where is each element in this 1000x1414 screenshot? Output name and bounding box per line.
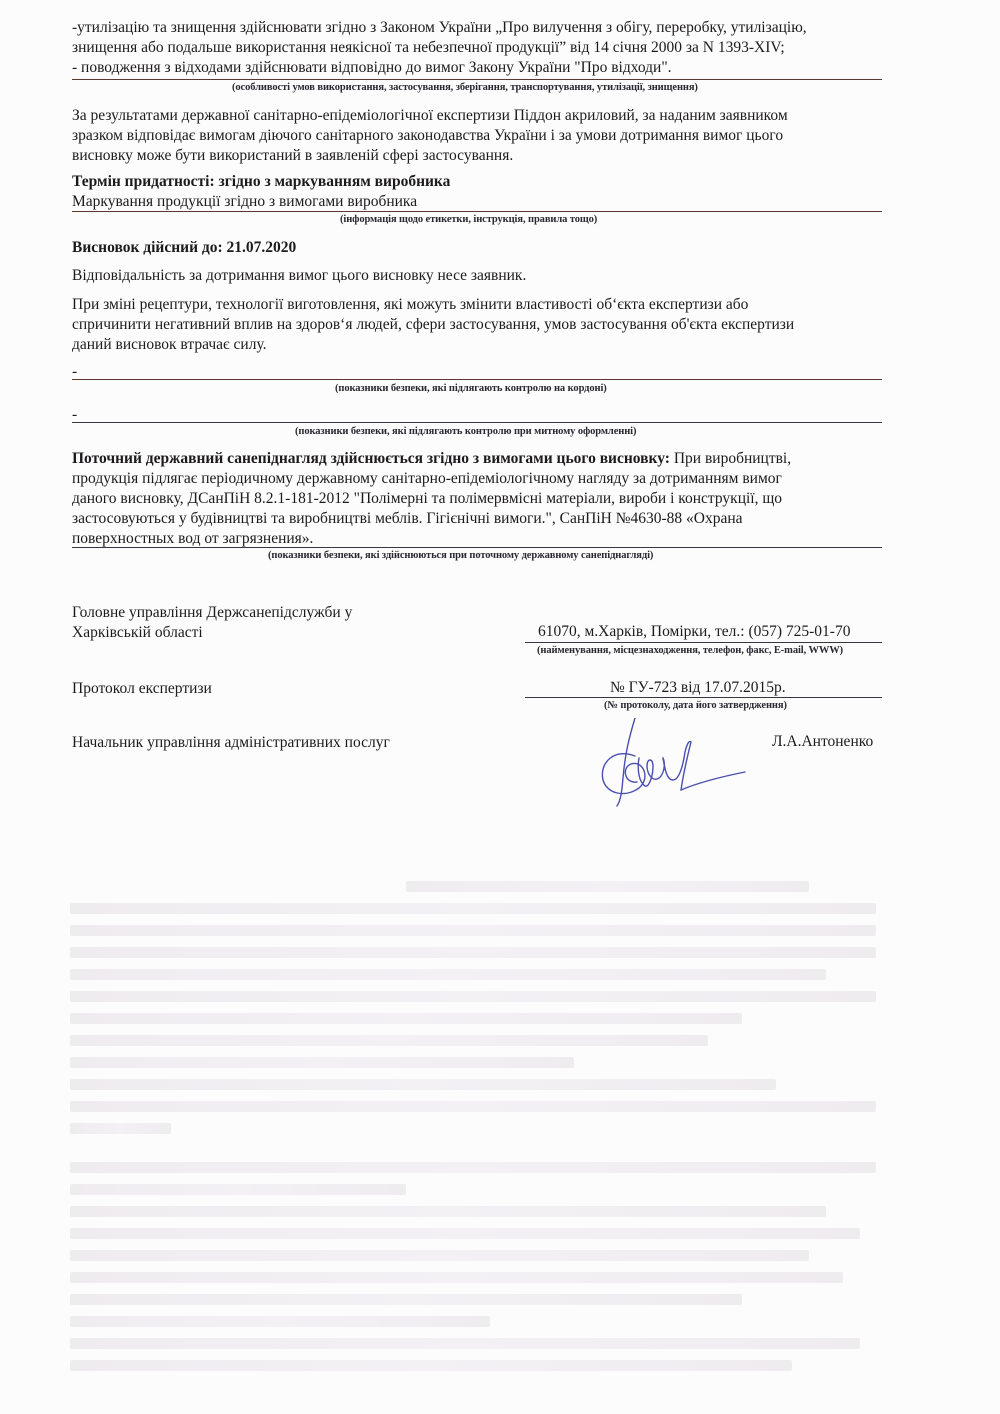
border-control-caption: (показники безпеки, які підлягають контр… <box>335 383 607 394</box>
authority-name-line: Харківській області <box>72 623 412 643</box>
divider <box>72 211 882 212</box>
invalidation-line: При зміні рецептури, технології виготовл… <box>72 295 892 315</box>
divider <box>72 79 882 80</box>
authority-name-line: Головне управління Держсанепідслужби у <box>72 603 412 623</box>
invalidation-line: спричинити негативний вплив на здоров‘я … <box>72 315 892 335</box>
supervision-line: застосовуються у будівництві та виробниц… <box>72 509 892 529</box>
divider <box>525 642 882 643</box>
conclusion-line: висновку може бути використаний в заявле… <box>72 146 892 166</box>
conclusion-section: За результатами державної санітарно-епід… <box>72 106 892 166</box>
supervision-lead-rest: При виробництві, <box>670 450 791 467</box>
conclusion-line: зразком відповідає вимогам діючого саніт… <box>72 126 892 146</box>
authority-caption: (найменування, місцезнаходження, телефон… <box>537 645 843 656</box>
supervision-section: Поточний державний санепіднагляд здійсню… <box>72 449 892 549</box>
usage-line: - поводження з відходами здійснювати від… <box>72 58 892 78</box>
usage-section: -утилізацію та знищення здійснювати згід… <box>72 18 892 78</box>
labeling-caption: (інформація щодо етикетки, інструкція, п… <box>340 214 597 225</box>
usage-line: знищення або подальше використання неякі… <box>72 38 892 58</box>
supervision-line: поверхностных вод от загрязнения». <box>72 529 892 549</box>
supervision-caption: (показники безпеки, які здійснюються при… <box>268 550 653 561</box>
invalidation-section: При зміні рецептури, технології виготовл… <box>72 295 892 355</box>
supervision-lead: Поточний державний санепіднагляд здійсню… <box>72 450 670 467</box>
bleed-through-texture <box>70 870 910 1382</box>
authority-name: Головне управління Держсанепідслужби у Х… <box>72 603 412 643</box>
authority-address: 61070, м.Харків, Помірки, тел.: (057) 72… <box>538 623 850 641</box>
divider <box>72 547 882 548</box>
labeling-text: Маркування продукції згідно з вимогами в… <box>72 192 892 212</box>
shelf-life-section: Термін придатності: згідно з маркуванням… <box>72 172 892 212</box>
shelf-life-label: Термін придатності: згідно з маркуванням… <box>72 172 892 192</box>
conclusion-line: За результатами державної санітарно-епід… <box>72 106 892 126</box>
divider <box>72 379 882 380</box>
document-page: -утилізацію та знищення здійснювати згід… <box>0 0 1000 1414</box>
protocol-value: № ГУ-723 від 17.07.2015р. <box>610 679 786 697</box>
responsibility-text: Відповідальність за дотримання вимог цьо… <box>72 266 892 286</box>
invalidation-line: даний висновок втрачає силу. <box>72 335 892 355</box>
signatory-name: Л.А.Антоненко <box>772 733 873 751</box>
usage-caption: (особливості умов використання, застосув… <box>232 82 698 93</box>
customs-control-caption: (показники безпеки, які підлягають контр… <box>295 426 636 437</box>
divider <box>525 697 882 698</box>
supervision-line: даного висновку, ДСанПіН 8.2.1-181-2012 … <box>72 489 892 509</box>
supervision-line: продукція підлягає періодичному державно… <box>72 469 892 489</box>
protocol-label: Протокол експертизи <box>72 679 372 699</box>
divider <box>72 422 882 423</box>
usage-line: -утилізацію та знищення здійснювати згід… <box>72 18 892 38</box>
protocol-caption: (№ протоколу, дата його затвердження) <box>604 700 787 711</box>
signatory-position: Начальник управління адміністративних по… <box>72 733 492 753</box>
validity-label: Висновок дійсний до: 21.07.2020 <box>72 238 892 258</box>
signature-icon <box>595 718 755 808</box>
